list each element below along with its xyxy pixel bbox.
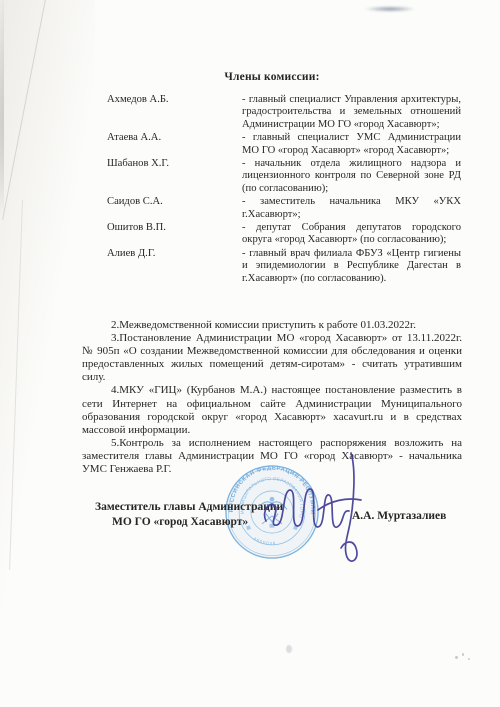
scan-speck [468,658,470,660]
member-row: Атаева А.А. - главный специалист УМС Адм… [107,132,461,157]
member-row: Ахмедов А.Б. - главный специалист Управл… [107,94,461,131]
member-name: Ошитов В.П. [107,222,242,247]
member-name: Шабанов Х.Г. [107,158,242,195]
member-row: Шабанов Х.Г. - начальник отдела жилищног… [107,158,461,195]
member-row: Саидов С.А. - заместитель начальника МКУ… [107,196,461,221]
member-row: Алиев Д.Г. - главный врач филиала ФБУЗ «… [107,248,461,285]
signer-position-line1: Заместитель главы Администрации [95,500,283,515]
member-role: - главный специалист УМС Администрации М… [242,132,461,157]
signer-position-line2: МО ГО «город Хасавюрт» [95,515,283,530]
member-name: Алиев Д.Г. [107,248,242,285]
handwritten-signature [258,447,376,577]
member-role: - заместитель начальника МКУ «УКХ г.Хаса… [242,196,461,221]
scan-left-shading [0,0,95,620]
member-name: Атаева А.А. [107,132,242,157]
paragraph-3: 3.Постановление Администрации МО «город … [82,332,462,384]
scan-streak [364,6,416,12]
scan-speck [455,656,458,659]
member-role: - главный врач филиала ФБУЗ «Центр гигие… [242,248,461,285]
ink-smudge [286,645,292,653]
member-role: - начальник отдела жилищного надзора и л… [242,158,461,195]
member-name: Саидов С.А. [107,196,242,221]
paragraph-2: 2.Межведомственной комиссии приступить к… [82,319,462,332]
member-row: Ошитов В.П. - депутат Собрания депутатов… [107,222,461,247]
signature-position-block: Заместитель главы Администрации МО ГО «г… [95,500,283,529]
member-name: Ахмедов А.Б. [107,94,242,131]
commission-members-list: Ахмедов А.Б. - главный специалист Управл… [107,94,461,286]
member-role: - депутат Собрания депутатов городского … [242,222,461,247]
scanned-document-page: Члены комиссии: Ахмедов А.Б. - главный с… [0,0,500,707]
member-role: - главный специалист Управления архитект… [242,94,461,131]
section-title: Члены комиссии: [83,71,461,83]
scan-speck [462,653,464,656]
paragraph-4: 4.МКУ «ГИЦ» (Курбанов М.А.) настоящее по… [82,384,462,436]
